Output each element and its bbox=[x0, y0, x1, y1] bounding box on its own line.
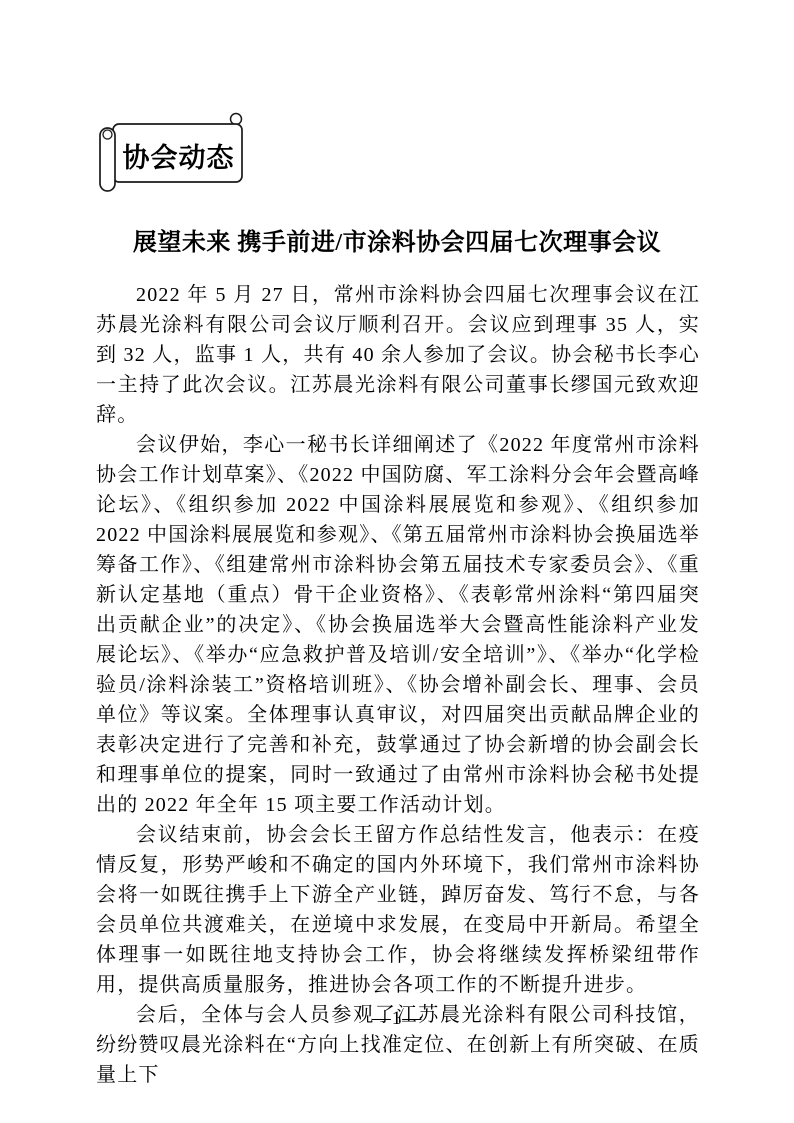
article-body: 2022 年 5 月 27 日，常州市涂料协会四届七次理事会议在江苏晨光涂料有限… bbox=[96, 280, 700, 1090]
article-title: 展望未来 携手前进/市涂料协会四届七次理事会议 bbox=[0, 222, 794, 257]
section-badge: 协会动态 bbox=[97, 106, 249, 196]
paragraph-1: 2022 年 5 月 27 日，常州市涂料协会四届七次理事会议在江苏晨光涂料有限… bbox=[96, 280, 700, 430]
paragraph-3: 会议结束前，协会会长王留方作总结性发言，他表示：在疫情反复，形势严峻和不确定的国… bbox=[96, 820, 700, 1000]
page-number: —1— bbox=[0, 1008, 794, 1030]
paragraph-2: 会议伊始，李心一秘书长详细阐述了《2022 年度常州市涂料协会工作计划草案》、《… bbox=[96, 430, 700, 820]
document-page: 协会动态 展望未来 携手前进/市涂料协会四届七次理事会议 2022 年 5 月 … bbox=[0, 0, 794, 1123]
section-badge-label: 协会动态 bbox=[115, 128, 242, 182]
